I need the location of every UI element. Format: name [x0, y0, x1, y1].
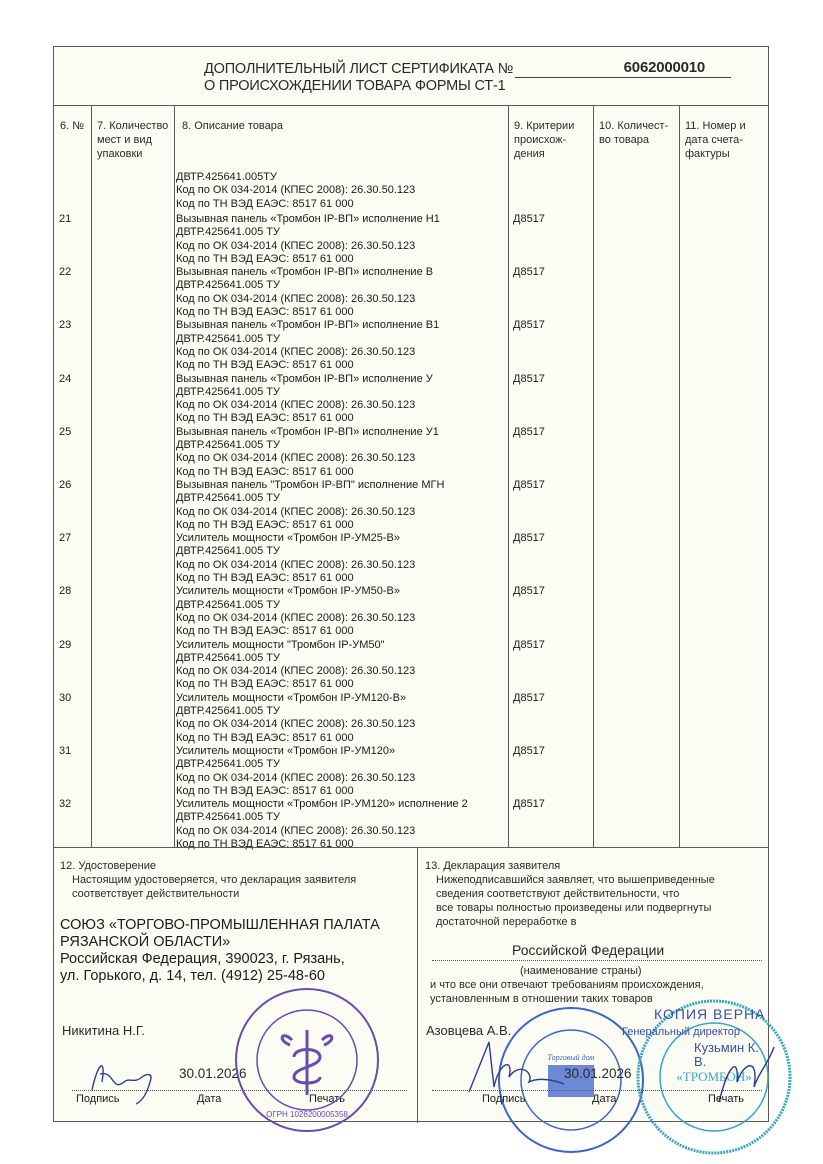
row-origin-criteria: Д8517 — [513, 266, 545, 278]
title-line-1: ДОПОЛНИТЕЛЬНЫЙ ЛИСТ СЕРТИФИКАТА № — [204, 61, 513, 78]
description-name: Усилитель мощности «Тромбон IP-УМ120» ис… — [176, 798, 468, 811]
row-number: 23 — [59, 319, 71, 331]
col-header-number: 6. № — [60, 119, 84, 133]
declaration-text-1: Нижеподписавшийся заявляет, что вышеприв… — [436, 873, 715, 887]
description-spec: ДВТР.425641.005 ТУ — [176, 333, 439, 346]
description-tnved: Код по ТН ВЭД ЕАЭС: 8517 61 000 — [176, 625, 415, 638]
declaration-text-4: достаточной переработке в — [436, 915, 576, 929]
row-number: 28 — [59, 585, 71, 597]
description-spec: ДВТР.425641.005 ТУ — [176, 492, 444, 505]
description-spec: ДВТР.425641.005 ТУ — [176, 439, 439, 452]
col-header-description: 8. Описание товара — [182, 119, 283, 133]
description-okpd: Код по ОК 034-2014 (КПЕС 2008): 26.30.50… — [176, 452, 439, 465]
description-name: Усилитель мощности «Тромбон IP-УМ50-В» — [176, 585, 415, 598]
col-header-invoice: 11. Номер и дата счета- фактуры — [685, 119, 746, 161]
country-line — [432, 960, 762, 961]
certificate-sheet: ДОПОЛНИТЕЛЬНЫЙ ЛИСТ СЕРТИФИКАТА № 606200… — [53, 46, 769, 1122]
certification-label-signature: Подпись — [76, 1093, 120, 1105]
description-tnved: Код по ТН ВЭД ЕАЭС: 8517 61 000 — [176, 838, 468, 851]
column-divider — [174, 105, 175, 847]
column-divider — [508, 105, 509, 847]
description-tnved: Код по ТН ВЭД ЕАЭС: 8517 61 000 — [176, 572, 415, 585]
row-number: 26 — [59, 479, 71, 491]
chamber-of-commerce-stamp-icon: ОГРН 1026200005358 — [232, 985, 382, 1135]
description-name: Усилитель мощности «Тромбон IP-УМ120» — [176, 745, 415, 758]
description-okpd: Код по ОК 034-2014 (КПЕС 2008): 26.30.50… — [176, 718, 415, 731]
row-origin-criteria: Д8517 — [513, 319, 545, 331]
row-description: Вызывная панель «Тромбон IP-ВП» исполнен… — [176, 319, 439, 372]
row-origin-criteria: Д8517 — [513, 639, 545, 651]
description-spec: ДВТР.425641.005 ТУ — [176, 226, 440, 239]
certification-text-2: соответствует действительности — [72, 887, 239, 901]
svg-text:ОГРН 1026200005358: ОГРН 1026200005358 — [266, 1110, 348, 1119]
description-spec: ДВТР.425641.005 ТУ — [176, 279, 433, 292]
certification-heading: 12. Удостоверение — [60, 859, 156, 873]
description-okpd: Код по ОК 034-2014 (КПЕС 2008): 26.30.50… — [176, 399, 433, 412]
row-origin-criteria: Д8517 — [513, 532, 545, 544]
description-spec: ДВТР.425641.005 ТУ — [176, 545, 415, 558]
description-tnved: Код по ТН ВЭД ЕАЭС: 8517 61 000 — [176, 519, 444, 532]
copy-verified-stamp: КОПИЯ ВЕРНА — [654, 1007, 765, 1021]
row-origin-criteria: Д8517 — [513, 479, 545, 491]
row-number: 29 — [59, 639, 71, 651]
row-number: 30 — [59, 692, 71, 704]
declaration-text-3: все товары полностью произведены или под… — [436, 901, 711, 915]
declaration-text-2: сведения соответствуют действительности,… — [436, 887, 679, 901]
row-description: Усилитель мощности «Тромбон IP-УМ25-В»ДВ… — [176, 532, 415, 585]
row-origin-criteria: Д8517 — [513, 585, 545, 597]
col-header-packages: 7. Количество мест и вид упаковки — [97, 119, 168, 161]
row-number: 32 — [59, 798, 71, 810]
description-name: Усилитель мощности "Тромбон IP-УМ50" — [176, 639, 415, 652]
col-header-criteria: 9. Критерии происхож- дения — [514, 119, 574, 161]
continued-description: ДВТР.425641.005ТУ Код по ОК 034-2014 (КП… — [176, 171, 415, 211]
description-okpd: Код по ОК 034-2014 (КПЕС 2008): 26.30.50… — [176, 293, 433, 306]
row-number: 24 — [59, 373, 71, 385]
document-title: ДОПОЛНИТЕЛЬНЫЙ ЛИСТ СЕРТИФИКАТА № 606200… — [204, 59, 731, 95]
row-origin-criteria: Д8517 — [513, 798, 545, 810]
description-okpd: Код по ОК 034-2014 (КПЕС 2008): 26.30.50… — [176, 559, 415, 572]
row-number: 27 — [59, 532, 71, 544]
description-spec: ДВТР.425641.005 ТУ — [176, 386, 433, 399]
description-tnved: Код по ТН ВЭД ЕАЭС: 8517 61 000 — [176, 785, 415, 798]
row-origin-criteria: Д8517 — [513, 426, 545, 438]
description-name: Вызывная панель «Тромбон IP-ВП» исполнен… — [176, 373, 433, 386]
org-address-2: ул. Горького, д. 14, тел. (4912) 25-48-6… — [60, 968, 380, 985]
certification-text-1: Настоящим удостоверяется, что декларация… — [72, 873, 356, 887]
row-origin-criteria: Д8517 — [513, 745, 545, 757]
title-line-2: О ПРОИСХОЖДЕНИИ ТОВАРА ФОРМЫ СТ-1 — [204, 78, 731, 95]
declarant-signature-icon — [459, 1032, 569, 1102]
description-okpd: Код по ОК 034-2014 (КПЕС 2008): 26.30.50… — [176, 665, 415, 678]
certifier-name: Никитина Н.Г. — [62, 1024, 145, 1038]
header-divider — [54, 105, 768, 106]
table-bottom-divider — [54, 847, 768, 848]
declaration-heading: 13. Декларация заявителя — [425, 859, 560, 873]
description-tnved: Код по ТН ВЭД ЕАЭС: 8517 61 000 — [176, 359, 439, 372]
description-tnved: Код по ТН ВЭД ЕАЭС: 8517 61 000 — [176, 306, 433, 319]
org-name-1: СОЮЗ «ТОРГОВО-ПРОМЫШЛЕННАЯ ПАЛАТА — [60, 917, 380, 934]
copy-stamp-title: КОПИЯ ВЕРНА — [654, 1007, 765, 1021]
certification-label-date: Дата — [197, 1093, 221, 1105]
description-name: Усилитель мощности «Тромбон IP-УМ120-В» — [176, 692, 415, 705]
row-description: Усилитель мощности «Тромбон IP-УМ50-В»ДВ… — [176, 585, 415, 638]
row-origin-criteria: Д8517 — [513, 213, 545, 225]
description-tnved: Код по ТН ВЭД ЕАЭС: 8517 61 000 — [176, 412, 433, 425]
org-name-2: РЯЗАНСКОЙ ОБЛАСТИ» — [60, 934, 380, 951]
description-tnved: Код по ТН ВЭД ЕАЭС: 8517 61 000 — [176, 253, 440, 266]
country-name: Российской Федерации — [512, 943, 664, 957]
declaration-label-signature: Подпись — [482, 1093, 526, 1105]
description-spec: ДВТР.425641.005 ТУ — [176, 599, 415, 612]
country-caption: (наименование страны) — [520, 964, 642, 978]
description-name: Вызывная панель «Тромбон IP-ВП» исполнен… — [176, 426, 439, 439]
row-number: 31 — [59, 745, 71, 757]
description-okpd: Код по ОК 034-2014 (КПЕС 2008): 26.30.50… — [176, 346, 439, 359]
row-description: Усилитель мощности "Тромбон IP-УМ50"ДВТР… — [176, 639, 415, 692]
description-okpd: Код по ОК 034-2014 (КПЕС 2008): 26.30.50… — [176, 612, 415, 625]
description-spec: ДВТР.425641.005 ТУ — [176, 758, 415, 771]
certificate-number: 6062000010 — [624, 59, 705, 76]
description-okpd: Код по ОК 034-2014 (КПЕС 2008): 26.30.50… — [176, 240, 440, 253]
row-description: Вызывная панель "Тромбон IP-ВП" исполнен… — [176, 479, 444, 532]
row-number: 22 — [59, 266, 71, 278]
row-description: Усилитель мощности «Тромбон IP-УМ120»ДВТ… — [176, 745, 415, 798]
row-description: Вызывная панель «Тромбон IP-ВП» исполнен… — [176, 266, 433, 319]
certifying-organization: СОЮЗ «ТОРГОВО-ПРОМЫШЛЕННАЯ ПАЛАТА РЯЗАНС… — [60, 917, 380, 985]
declaration-signature-line — [432, 1090, 762, 1091]
description-okpd: Код по ОК 034-2014 (КПЕС 2008): 26.30.50… — [176, 506, 444, 519]
description-name: Вызывная панель «Тромбон IP-ВП» исполнен… — [176, 266, 433, 279]
description-name: Вызывная панель "Тромбон IP-ВП" исполнен… — [176, 479, 444, 492]
description-name: Вызывная панель «Тромбон IP-ВП» исполнен… — [176, 319, 439, 332]
description-name: Вызывная панель «Тромбон IP-ВП» исполнен… — [176, 213, 440, 226]
row-number: 21 — [59, 213, 71, 225]
column-divider — [91, 105, 92, 847]
description-tnved: Код по ТН ВЭД ЕАЭС: 8517 61 000 — [176, 678, 415, 691]
description-tnved: Код по ТН ВЭД ЕАЭС: 8517 61 000 — [176, 466, 439, 479]
org-address-1: Российская Федерация, 390023, г. Рязань, — [60, 951, 380, 968]
row-description: Усилитель мощности «Тромбон IP-УМ120-В»Д… — [176, 692, 415, 745]
row-origin-criteria: Д8517 — [513, 692, 545, 704]
row-origin-criteria: Д8517 — [513, 373, 545, 385]
description-spec: ДВТР.425641.005 ТУ — [176, 705, 415, 718]
description-spec: ДВТР.425641.005 ТУ — [176, 652, 415, 665]
description-okpd: Код по ОК 034-2014 (КПЕС 2008): 26.30.50… — [176, 772, 415, 785]
declaration-label-date: Дата — [592, 1093, 616, 1105]
row-description: Усилитель мощности «Тромбон IP-УМ120» ис… — [176, 798, 468, 851]
description-tnved: Код по ТН ВЭД ЕАЭС: 8517 61 000 — [176, 732, 415, 745]
declaration-text-6: установленным в отношении таких товаров — [430, 992, 653, 1006]
row-description: Вызывная панель «Тромбон IP-ВП» исполнен… — [176, 213, 440, 266]
column-divider — [679, 105, 680, 847]
copy-stamp-position: Генеральный директор — [622, 1025, 740, 1039]
declaration-date: 30.01.2026 — [564, 1067, 632, 1081]
column-divider — [593, 105, 594, 847]
description-spec: ДВТР.425641.005 ТУ — [176, 811, 468, 824]
row-description: Вызывная панель «Тромбон IP-ВП» исполнен… — [176, 426, 439, 479]
declaration-text-5: и что все они отвечают требованиям проис… — [430, 978, 704, 992]
section-divider — [417, 847, 418, 1123]
row-number: 25 — [59, 426, 71, 438]
declaration-label-stamp: Печать — [708, 1093, 744, 1105]
description-okpd: Код по ОК 034-2014 (КПЕС 2008): 26.30.50… — [176, 825, 468, 838]
description-name: Усилитель мощности «Тромбон IP-УМ25-В» — [176, 532, 415, 545]
row-description: Вызывная панель «Тромбон IP-ВП» исполнен… — [176, 373, 433, 426]
col-header-quantity: 10. Количест- во товара — [599, 119, 668, 147]
